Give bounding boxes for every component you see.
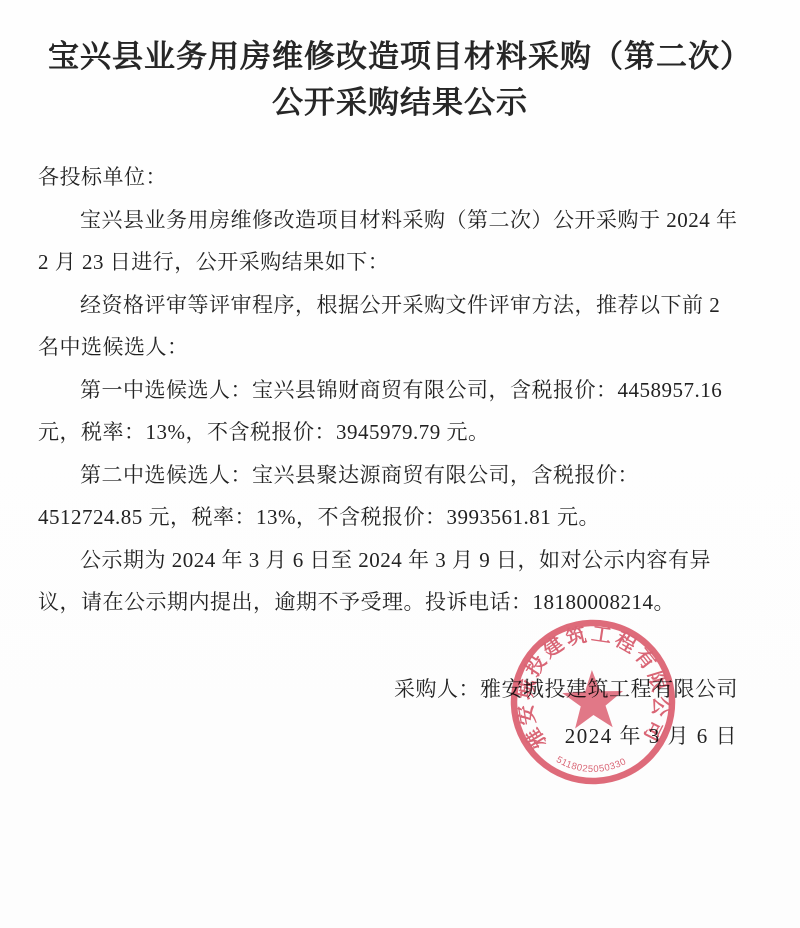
document-body: 各投标单位： 宝兴县业务用房维修改造项目材料采购（第二次）公开采购于 2024 …: [0, 156, 800, 624]
document-title: 宝兴县业务用房维修改造项目材料采购（第二次）公开采购结果公示: [0, 0, 800, 126]
salutation: 各投标单位：: [38, 156, 738, 199]
paragraph-review-process: 经资格评审等评审程序，根据公开采购文件评审方法，推荐以下前 2 名中选候选人：: [38, 284, 738, 369]
document-page: 宝兴县业务用房维修改造项目材料采购（第二次）公开采购结果公示 各投标单位： 宝兴…: [0, 0, 800, 928]
paragraph-procurement-date: 宝兴县业务用房维修改造项目材料采购（第二次）公开采购于 2024 年 2 月 2…: [38, 199, 738, 284]
signature-block: 采购人：雅安城投建筑工程有限公司 2024 年 3 月 6 日: [0, 668, 800, 758]
paragraph-publicity-period: 公示期为 2024 年 3 月 6 日至 2024 年 3 月 9 日，如对公示…: [38, 539, 738, 624]
paragraph-second-candidate: 第二中选候选人：宝兴县聚达源商贸有限公司，含税报价：4512724.85 元，税…: [38, 454, 738, 539]
signature-date: 2024 年 3 月 6 日: [0, 715, 738, 758]
paragraph-first-candidate: 第一中选候选人：宝兴县锦财商贸有限公司，含税报价：4458957.16 元，税率…: [38, 369, 738, 454]
purchaser-line: 采购人：雅安城投建筑工程有限公司: [0, 668, 738, 711]
